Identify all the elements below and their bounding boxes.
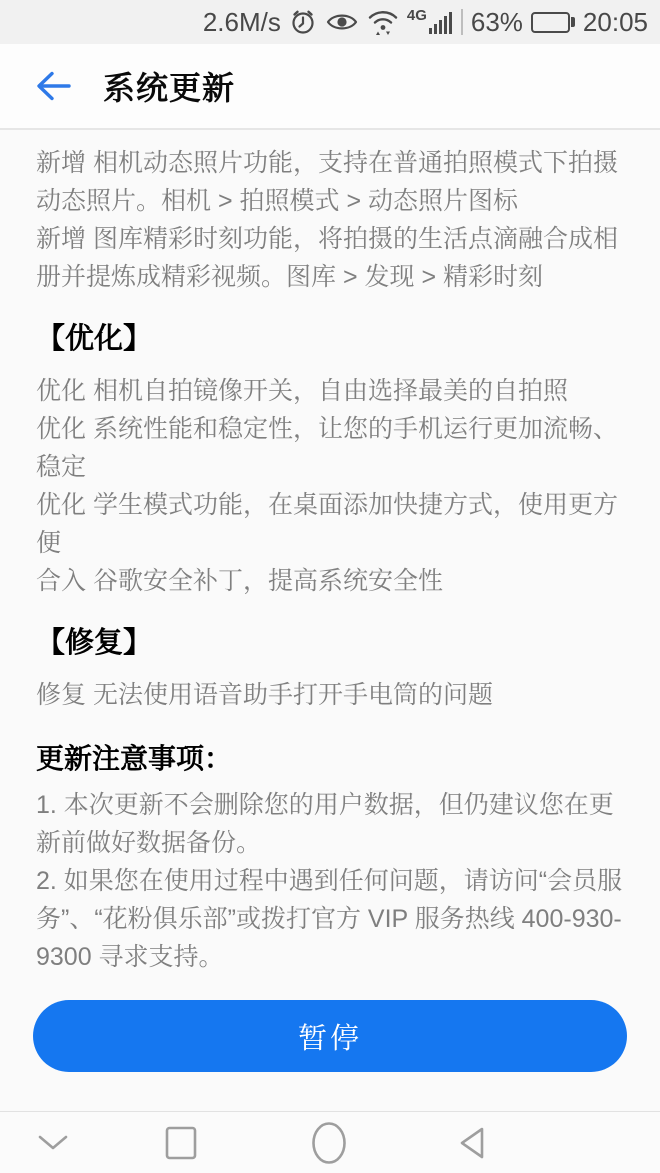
update-note-paragraph: 1. 本次更新不会删除您的用户数据，但仍建议您在更新前做好数据备份。	[36, 786, 624, 862]
phone-screen: 2.6M/s 4G	[0, 0, 660, 1173]
chevron-down-icon	[35, 1134, 71, 1152]
arrow-left-icon	[33, 93, 73, 108]
pause-button[interactable]: 暂停	[33, 1000, 627, 1072]
back-button[interactable]	[33, 67, 73, 105]
update-note-paragraph: 优化 学生模式功能，在桌面添加快捷方式，使用更方便	[36, 486, 624, 562]
section-heading-fix: 【修复】	[36, 624, 624, 662]
navigation-bar	[0, 1111, 660, 1173]
section-heading-notes: 更新注意事项：	[36, 740, 624, 778]
update-note-paragraph: 新增 相机动态照片功能，支持在普通拍照模式下拍摄动态照片。相机 > 拍照模式 >…	[36, 144, 624, 220]
recents-button[interactable]	[165, 1125, 197, 1161]
app-header: 系统更新	[0, 44, 660, 128]
update-note-paragraph: 合入 谷歌安全补丁，提高系统安全性	[36, 562, 624, 600]
signal-bars-icon: 4G	[407, 9, 453, 35]
hide-navbar-button[interactable]	[35, 1134, 71, 1152]
update-notes-scroll-area[interactable]: 新增 相机动态照片功能，支持在普通拍照模式下拍摄动态照片。相机 > 拍照模式 >…	[0, 130, 660, 976]
triangle-left-icon	[453, 1123, 489, 1163]
update-note-paragraph: 优化 相机自拍镜像开关，自由选择最美的自拍照	[36, 372, 624, 410]
home-button[interactable]	[310, 1120, 348, 1166]
eye-protection-icon	[325, 9, 359, 35]
network-speed: 2.6M/s	[203, 7, 281, 38]
update-note-paragraph: 优化 系统性能和稳定性，让您的手机运行更加流畅、稳定	[36, 410, 624, 486]
update-note-paragraph: 新增 图库精彩时刻功能，将拍摄的生活点滴融合成相册并提炼成精彩视频。图库 > 发…	[36, 220, 624, 296]
network-type-label: 4G	[407, 8, 427, 23]
alarm-icon	[289, 8, 317, 36]
update-note-paragraph: 2. 如果您在使用过程中遇到任何问题，请访问“会员服务”、“花粉俱乐部”或拨打官…	[36, 862, 624, 976]
square-icon	[165, 1125, 197, 1161]
update-note-paragraph: 修复 无法使用语音助手打开手电筒的问题	[36, 676, 624, 714]
circle-icon	[310, 1120, 348, 1166]
status-bar: 2.6M/s 4G	[0, 0, 660, 44]
status-time: 20:05	[583, 7, 648, 38]
battery-icon	[531, 11, 575, 33]
wifi-icon	[367, 8, 399, 36]
section-heading-optimize: 【优化】	[36, 320, 624, 358]
back-nav-button[interactable]	[453, 1123, 489, 1163]
battery-percent: 63%	[471, 7, 523, 38]
status-separator	[461, 9, 463, 35]
page-title: 系统更新	[103, 63, 235, 109]
